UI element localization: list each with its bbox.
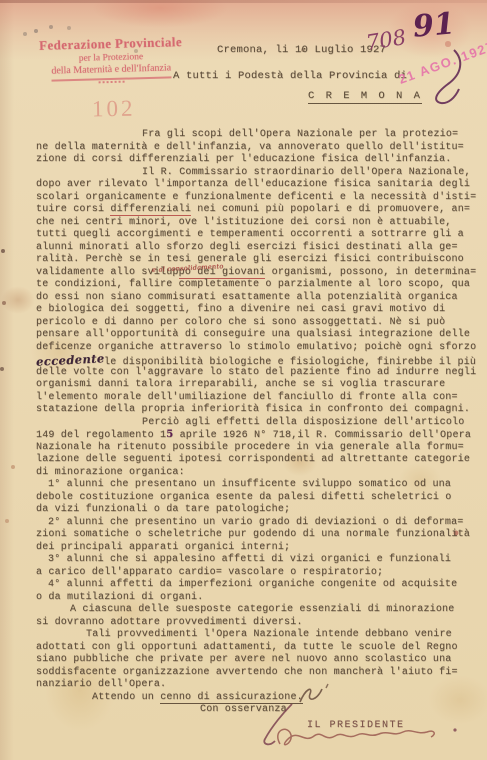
letter-body: Fra gli scopi dell'Opera Nazionale per l… (36, 129, 482, 717)
text-segment: aprile 1926 N° 718,il R. Commissario del… (173, 430, 471, 441)
red-underlined-word: differenziali (110, 204, 191, 216)
body-line: Perciò agli effetti della disposizione d… (36, 417, 482, 430)
body-line: e al consolidamentovalidamente allo svil… (36, 267, 482, 280)
body-line: tuire corsi differenziali nei comuni più… (36, 204, 482, 217)
signature-block: IL PRESIDENTE (250, 682, 480, 760)
body-line: alunni minorati allo sforzo degli eserci… (36, 242, 482, 255)
body-line: lazione delle seguenti ipotesi corrispon… (36, 454, 482, 467)
body-line: o da mutilazioni di organi. (36, 592, 482, 605)
org-stamp-divider-dots (99, 81, 125, 84)
body-line: debole costituzione organica esente da p… (36, 492, 482, 505)
body-line: da vizi funzionali o da tare patologiche… (36, 504, 482, 517)
body-line-item-3: 3° alunni che si appalesino affetti di v… (36, 554, 482, 567)
body-line: dopo aver rilevato l'importanza dell'edu… (36, 179, 482, 192)
body-line: e biologica dei soggetti, fino a divenir… (36, 304, 482, 317)
body-line: Tali provvedimenti l'Opera Nazionale int… (36, 629, 482, 642)
body-line: di minorazione organica: (36, 467, 482, 480)
body-line: ne della maternità e dell'infanzia, va a… (36, 142, 482, 155)
body-line: dei principali apparati organici interni… (36, 542, 482, 555)
text-segment: Attendo un (92, 692, 160, 703)
handwritten-protocol-number-2: 91 (412, 6, 457, 45)
body-line: 149 del regolamento 15 aprile 1926 N° 71… (36, 429, 482, 442)
scanned-letter-page: Federazione Provinciale per la Protezion… (0, 0, 487, 760)
protocol-number-stamp: 102 (92, 96, 136, 123)
body-line-item-2: 2° alunni che presentino un vario grado … (36, 517, 482, 530)
text-segment: nei comuni più popolari e di promuovere,… (191, 204, 470, 215)
body-line: siano pubbliche che private per avere ne… (36, 654, 482, 667)
body-line: do essi non siano commisurati esattament… (36, 292, 482, 305)
recipient-line: A tutti i Podestà della Provincia di (173, 70, 407, 82)
paper-stains (0, 0, 2, 2)
body-line-item-4: 4° alunni affetti da imperfezioni organi… (36, 579, 482, 592)
handwritten-protocol-number-1: 708 (364, 25, 407, 55)
handwritten-flourish-icon (424, 46, 474, 108)
recipient-city: C R E M O N A (308, 90, 422, 104)
body-line: zione di corsi differenziali per l'educa… (36, 154, 482, 167)
body-line: statazione della propria inferiorità fis… (36, 404, 482, 417)
body-line: adottati con gli opportuni adattamenti, … (36, 642, 482, 655)
body-line: Il R. Commissario straordinario dell'Ope… (36, 167, 482, 180)
text-segment: organismi, possono, in determina= (265, 267, 476, 278)
body-line: pericolo e di danno per coloro che si so… (36, 317, 482, 330)
text-segment: tuire corsi (36, 204, 110, 215)
body-line: tutti quegli accorgimenti e temperamenti… (36, 229, 482, 242)
body-line: l'elemento morale dell'umiliazione del f… (36, 392, 482, 405)
body-line: ralità. Perchè se in tesi generale gli e… (36, 254, 482, 267)
body-line: Nazionale ha ritenuto possibile proceder… (36, 442, 482, 455)
body-line: eccedentele disponibilità biologiche e f… (36, 354, 482, 367)
body-line: A ciascuna delle suesposte categorie ess… (36, 604, 482, 617)
body-line-item-1: 1° alunni che presentano un insufficente… (36, 479, 482, 492)
body-line: te condizioni, fallire completamente o p… (36, 279, 482, 292)
body-line: scolari organicamente e funzionalmente d… (36, 192, 482, 205)
body-line: organismi danni talora irreparabili, anc… (36, 379, 482, 392)
date-line: Cremona, li 10 Luglio 1927 (217, 44, 386, 56)
body-line: Fra gli scopi dell'Opera Nazionale per l… (36, 129, 482, 142)
body-line: si dovranno adottare provvedimenti diver… (36, 617, 482, 630)
body-line: che nei centri minori, ove l'istituzione… (36, 217, 482, 230)
text-segment: 149 del regolamento 1 (36, 430, 166, 441)
body-line: pensare all'opportunità di conseguire un… (36, 329, 482, 342)
body-line: zioni somatiche o scheletriche pur goden… (36, 529, 482, 542)
body-line: soddisfacente organizzazione avvertendo … (36, 667, 482, 680)
president-title: IL PRESIDENTE (307, 720, 405, 731)
body-line: a carico dell'apparato cardio= vascolare… (36, 567, 482, 580)
body-line: delle volte con l'aggravare lo stato del… (36, 367, 482, 380)
